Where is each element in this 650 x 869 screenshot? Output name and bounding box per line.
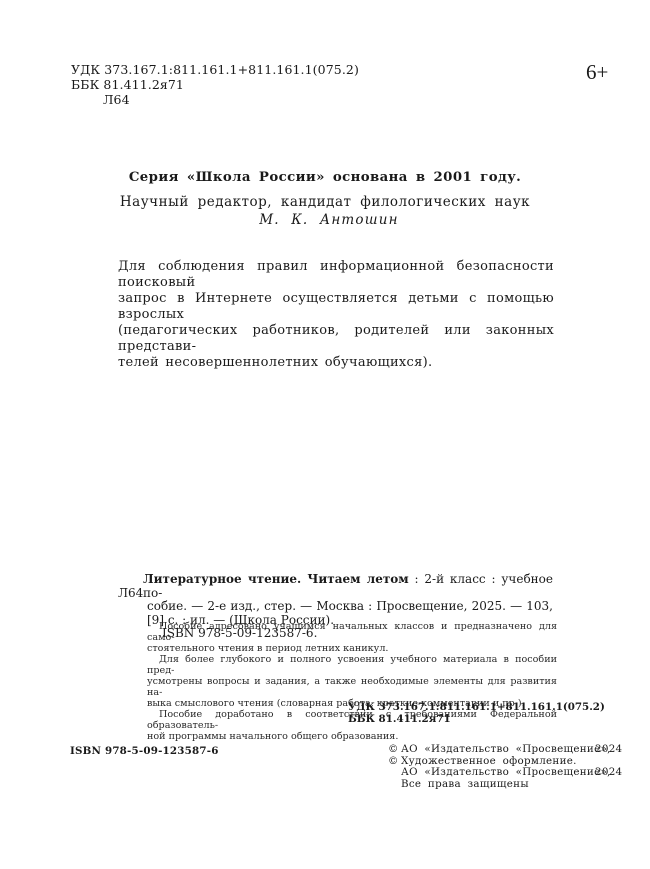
catalog-line-2: собие. — 2-е изд., стер. — Москва : Прос… [118, 600, 553, 614]
copyright-line-4: Все права защищены [388, 779, 611, 791]
copyright-line-3: АО «Издательство «Просвещение», [401, 766, 611, 778]
copyright-line-2: Художественное оформление. [401, 755, 577, 767]
notice-line: запрос в Интернете осуществляется детьми… [118, 291, 554, 323]
annotation-line: ной программы начального общего образова… [147, 731, 557, 742]
copyright-block: ©АО «Издательство «Просвещение»,2024 ©Ху… [388, 744, 611, 790]
catalog-title: Литературное чтение. Читаем летом [143, 572, 409, 586]
udk-code: УДК 373.167.1:811.161.1+811.161.1(075.2) [71, 62, 359, 77]
series-line: Серия «Школа России» основана в 2001 год… [0, 170, 650, 185]
editor-name: М. К. Антошин [0, 211, 650, 229]
catalog-code: Л64 [118, 587, 143, 601]
copyright-line-1: АО «Издательство «Просвещение», [401, 743, 611, 755]
copyright-year-2: 2024 [595, 767, 622, 779]
udk-bottom: УДК 373.167.1:811.161.1+811.161.1(075.2)… [348, 702, 605, 725]
classification-header: УДК 373.167.1:811.161.1+811.161.1(075.2)… [71, 62, 359, 107]
copyright-year-1: 2024 [595, 744, 622, 756]
isbn-bottom: ISBN 978-5-09-123587-6 [70, 745, 219, 757]
copyright-symbol: © [388, 756, 401, 768]
udk-bottom-code: УДК 373.167.1:811.161.1+811.161.1(075.2) [348, 702, 605, 714]
annotation-line: усмотрены вопросы и задания, а также нео… [147, 676, 557, 698]
notice-line: телей несовершеннолетних обучающихся). [118, 355, 554, 371]
copyright-symbol: © [388, 744, 401, 756]
notice-line: Для соблюдения правил информационной без… [118, 259, 554, 291]
catalog-line-1: Литературное чтение. Читаем летом : 2-й … [118, 573, 553, 600]
editor-role: Научный редактор, кандидат филологически… [0, 193, 650, 211]
bbk-bottom-code: ББК 81.411.2я71 [348, 714, 605, 726]
notice-line: (педагогических работников, родителей ил… [118, 323, 554, 355]
annotation-line: стоятельного чтения в период летних кани… [147, 643, 557, 654]
scientific-editor: Научный редактор, кандидат филологически… [0, 193, 650, 229]
age-rating: 6+ [586, 60, 608, 85]
bbk-code: ББК 81.411.2я71 [71, 77, 359, 92]
annotation-line: Для более глубокого и полного усвоения у… [147, 654, 557, 676]
annotation-line: Пособие адресовано учащимся начальных кл… [147, 621, 557, 643]
author-code: Л64 [71, 92, 359, 107]
safety-notice: Для соблюдения правил информационной без… [118, 259, 554, 371]
